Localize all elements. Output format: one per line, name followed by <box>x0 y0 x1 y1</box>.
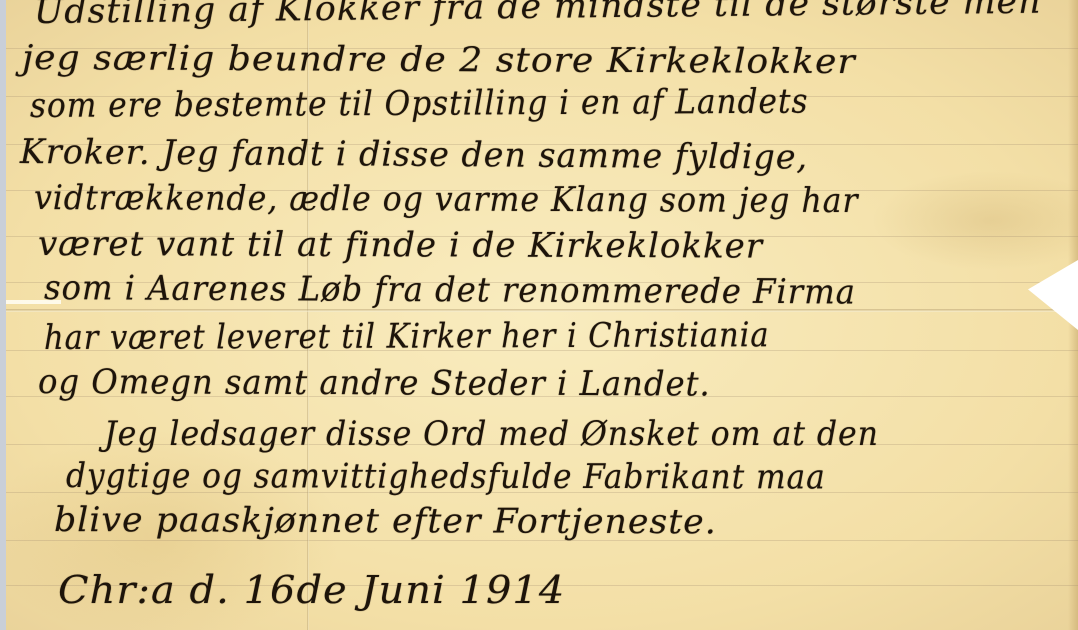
letter-line-11: dygtige og samvittighedsfulde Fabrikant … <box>66 456 826 497</box>
letter-line-10: Jeg ledsager disse Ord med Ønsket om at … <box>104 414 879 454</box>
date-signature-line: Chr:a d. 16de Juni 1914 <box>58 568 565 612</box>
letter-line-4: Kroker. Jeg fandt i disse den samme fyld… <box>20 132 808 178</box>
letter-line-3: som ere bestemte til Opstilling i en af … <box>30 82 809 126</box>
letter-line-2: jeg særlig beundre de 2 store Kirkeklokk… <box>22 38 856 82</box>
letter-line-7: som i Aarenes Løb fra det renommerede Fi… <box>44 268 856 312</box>
letter-line-6: været vant til at finde i de Kirkeklokke… <box>38 224 763 267</box>
torn-corner <box>1028 260 1078 330</box>
letter-line-12: blive paaskjønnet efter Fortjeneste. <box>54 500 717 542</box>
letter-line-5: vidtrækkende, ædle og varme Klang som je… <box>34 178 859 221</box>
letter-line-8: har været leveret til Kirker her i Chris… <box>44 315 770 358</box>
letter-line-1: Udstilling af Klokker fra de mindste til… <box>34 0 1042 32</box>
letter-page: Udstilling af Klokker fra de mindste til… <box>0 0 1078 630</box>
letter-line-9: og Omegn samt andre Steder i Landet. <box>38 362 711 404</box>
scan-border <box>0 0 6 630</box>
